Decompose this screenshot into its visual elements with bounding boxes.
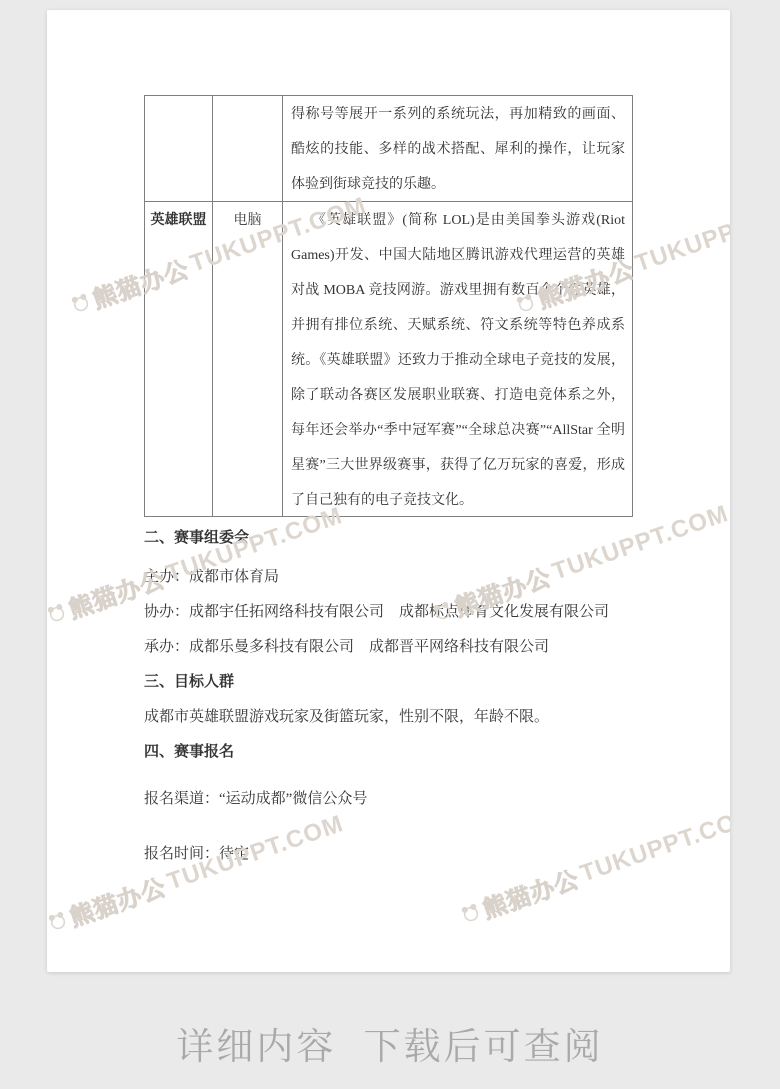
platform-cell — [213, 96, 282, 201]
template-preview-canvas: { "document": { "table": { "rows": [ { "… — [0, 0, 780, 1089]
section-heading-registration: 四、赛事报名 — [144, 735, 634, 770]
panda-logo-icon — [47, 909, 69, 932]
game-intro-table: 得称号等展开一系列的系统玩法，再加精致的画面、酷炫的技能、多样的战术搭配、犀利的… — [144, 95, 633, 517]
game-name-cell: 英雄联盟 — [145, 202, 212, 516]
section-line-reg-time: 报名时间：待定 — [144, 837, 634, 872]
description-cell: 得称号等展开一系列的系统玩法，再加精致的画面、酷炫的技能、多样的战术搭配、犀利的… — [283, 96, 632, 201]
watermark-brand-text: 熊猫办公 — [64, 868, 170, 934]
section-line-organizer: 承办：成都乐曼多科技有限公司 成都晋平网络科技有限公司 — [144, 630, 634, 665]
download-notice: 详细内容 下载后可查阅 — [0, 1016, 780, 1070]
document-sections: 二、赛事组委会 主办：成都市体育局 协办：成都宇任拓网络科技有限公司 成都标点体… — [144, 521, 634, 872]
table-row: 得称号等展开一系列的系统玩法，再加精致的画面、酷炫的技能、多样的战术搭配、犀利的… — [145, 96, 633, 202]
section-heading-committee: 二、赛事组委会 — [144, 521, 634, 556]
table-row: 英雄联盟 电脑 《英雄联盟》(简称 LOL)是由美国拳头游戏(Riot Game… — [145, 202, 633, 517]
section-line-audience: 成都市英雄联盟游戏玩家及街篮玩家，性别不限，年龄不限。 — [144, 700, 634, 735]
section-line-cohost: 协办：成都宇任拓网络科技有限公司 成都标点体育文化发展有限公司 — [144, 595, 634, 630]
section-line-reg-channel: 报名渠道：“运动成都”微信公众号 — [144, 782, 634, 817]
section-heading-audience: 三、目标人群 — [144, 665, 634, 700]
watermark-site-text: TUKUPPT.COM — [632, 192, 730, 278]
section-line-host: 主办：成都市体育局 — [144, 560, 634, 595]
panda-logo-icon — [69, 291, 92, 314]
panda-logo-icon — [47, 601, 68, 624]
description-cell: 《英雄联盟》(简称 LOL)是由美国拳头游戏(Riot Games)开发、中国大… — [283, 202, 632, 516]
game-name-cell — [145, 96, 212, 201]
platform-cell: 电脑 — [213, 202, 282, 516]
document-page: 得称号等展开一系列的系统玩法，再加精致的画面、酷炫的技能、多样的战术搭配、犀利的… — [47, 10, 730, 972]
panda-logo-icon — [459, 901, 482, 924]
